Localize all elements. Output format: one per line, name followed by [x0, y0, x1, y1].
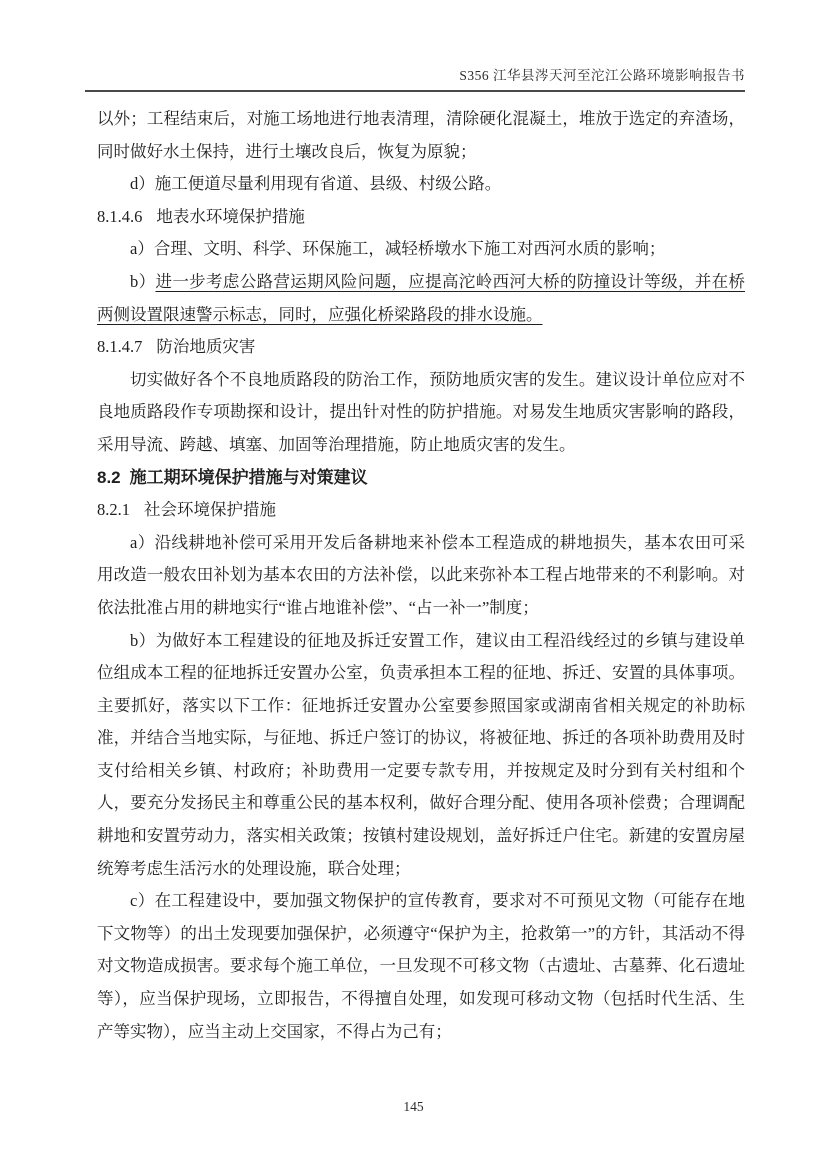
list-item-b-water: b）进一步考虑公路营运期风险问题，应提高沱岭西河大桥的防撞设计等级，并在桥两侧设…: [97, 266, 745, 331]
paragraph-construction-cleanup: 以外；工程结束后，对施工场地进行地表清理，清除硬化混凝土，堆放于选定的弃渣场，同…: [97, 103, 745, 168]
list-item-a-water: a）合理、文明、科学、环保施工，减轻桥墩水下施工对西河水质的影响；: [97, 233, 745, 266]
document-page: S356 江华县涔天河至沱江公路环境影响报告书 以外；工程结束后，对施工场地进行…: [0, 0, 827, 1169]
list-item-b-resettlement: b）为做好本工程建设的征地及拆迁安置工作，建议由工程沿线经过的乡镇与建设单位组成…: [97, 625, 745, 886]
list-item-a-farmland: a）沿线耕地补偿可采用开发后备耕地来补偿本工程造成的耕地损失，基本农田可采用改造…: [97, 527, 745, 625]
paragraph-geology-prevention: 切实做好各个不良地质路段的防治工作，预防地质灾害的发生。建议设计单位应对不良地质…: [97, 364, 745, 462]
document-body: 以外；工程结束后，对施工场地进行地表清理，清除硬化混凝土，堆放于选定的弃渣场，同…: [97, 103, 745, 1048]
page-number: 145: [403, 1099, 423, 1114]
list-item-prefix: b）: [130, 272, 155, 291]
section-heading-8-1-4-6: 8.1.4.6地表水环境保护措施: [97, 201, 745, 234]
running-header-title: S356 江华县涔天河至沱江公路环境影响报告书: [459, 68, 745, 83]
underlined-revision-text: 进一步考虑公路营运期风险问题，应提高沱岭西河大桥的防撞设计等级，并在桥两侧设置限…: [97, 272, 745, 324]
section-heading-8-2-1: 8.2.1社会环境保护措施: [97, 494, 745, 527]
section-title: 施工期环境保护措施与对策建议: [130, 468, 368, 487]
section-title: 社会环境保护措施: [144, 500, 276, 519]
section-number: 8.2.1: [97, 500, 130, 519]
list-item-d-roads: d）施工便道尽量利用现有省道、县级、村级公路。: [97, 168, 745, 201]
list-item-c-relics: c）在工程建设中，要加强文物保护的宣传教育，要求对不可预见文物（可能存在地下文物…: [97, 885, 745, 1048]
section-heading-8-1-4-7: 8.1.4.7防治地质灾害: [97, 331, 745, 364]
section-number: 8.1.4.7: [97, 337, 142, 356]
section-title: 防治地质灾害: [156, 337, 255, 356]
page-footer: 145: [0, 1099, 827, 1115]
page-header: S356 江华县涔天河至沱江公路环境影响报告书: [85, 64, 745, 92]
section-heading-8-2: 8.2施工期环境保护措施与对策建议: [97, 462, 745, 495]
section-number: 8.1.4.6: [97, 207, 142, 226]
section-title: 地表水环境保护措施: [156, 207, 305, 226]
section-number: 8.2: [97, 468, 121, 487]
